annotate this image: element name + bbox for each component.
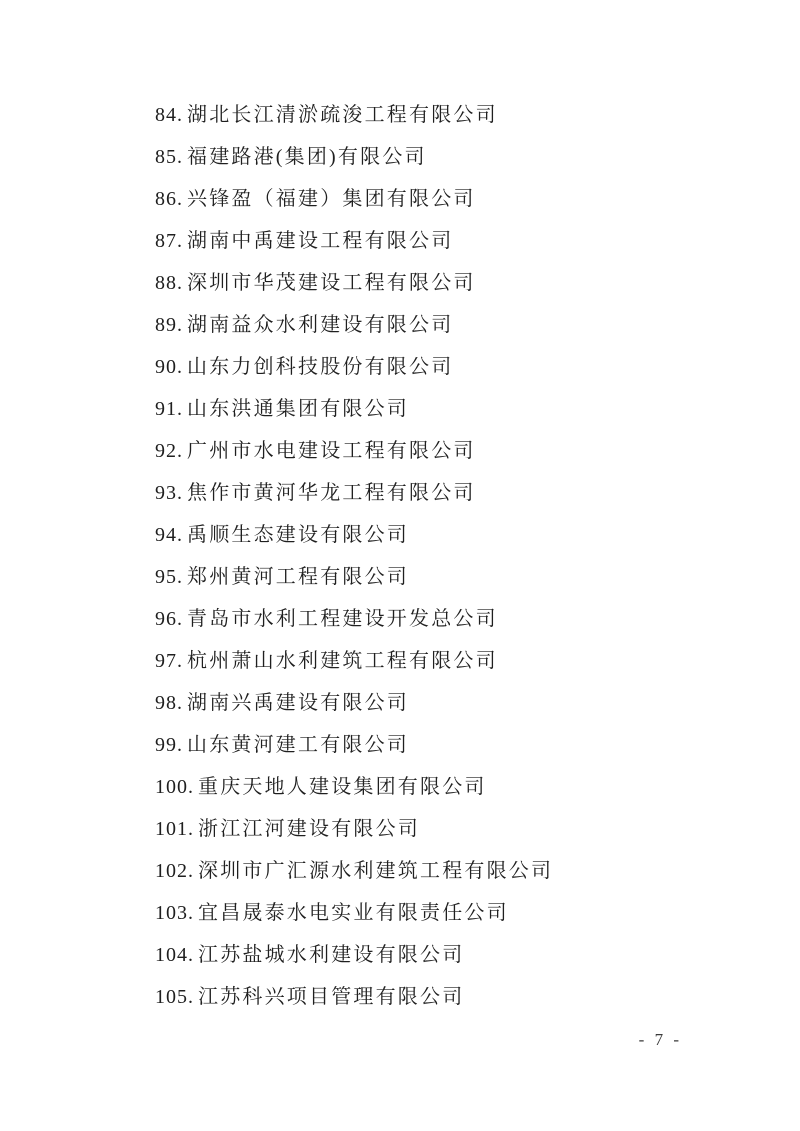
item-name: 湖南益众水利建设有限公司 — [187, 314, 453, 336]
list-item: 85.福建路港(集团)有限公司 — [155, 147, 715, 167]
list-item: 98.湖南兴禹建设有限公司 — [155, 693, 715, 713]
item-number: 105. — [155, 986, 194, 1008]
item-name: 山东力创科技股份有限公司 — [187, 356, 453, 378]
item-number: 92. — [155, 440, 183, 462]
item-name: 湖南中禹建设工程有限公司 — [187, 230, 453, 252]
item-number: 84. — [155, 104, 183, 126]
item-number: 95. — [155, 566, 183, 588]
item-name: 深圳市广汇源水利建筑工程有限公司 — [198, 860, 553, 882]
list-item: 97.杭州萧山水利建筑工程有限公司 — [155, 651, 715, 671]
item-name: 青岛市水利工程建设开发总公司 — [187, 608, 498, 630]
item-name: 江苏盐城水利建设有限公司 — [198, 944, 464, 966]
list-item: 100.重庆天地人建设集团有限公司 — [155, 777, 715, 797]
item-number: 100. — [155, 776, 194, 798]
item-name: 郑州黄河工程有限公司 — [187, 566, 409, 588]
list-item: 92.广州市水电建设工程有限公司 — [155, 441, 715, 461]
item-number: 99. — [155, 734, 183, 756]
list-item: 95.郑州黄河工程有限公司 — [155, 567, 715, 587]
list-item: 90.山东力创科技股份有限公司 — [155, 357, 715, 377]
item-number: 85. — [155, 146, 183, 168]
item-name: 山东黄河建工有限公司 — [187, 734, 409, 756]
list-item: 105.江苏科兴项目管理有限公司 — [155, 987, 715, 1007]
item-name: 山东洪通集团有限公司 — [187, 398, 409, 420]
item-name: 浙江江河建设有限公司 — [198, 818, 420, 840]
item-number: 87. — [155, 230, 183, 252]
item-number: 86. — [155, 188, 183, 210]
item-number: 90. — [155, 356, 183, 378]
list-item: 89.湖南益众水利建设有限公司 — [155, 315, 715, 335]
item-name: 福建路港(集团)有限公司 — [187, 146, 427, 168]
list-item: 96.青岛市水利工程建设开发总公司 — [155, 609, 715, 629]
item-name: 兴锋盈（福建）集团有限公司 — [187, 188, 476, 210]
item-name: 焦作市黄河华龙工程有限公司 — [187, 482, 476, 504]
item-number: 91. — [155, 398, 183, 420]
list-item: 87.湖南中禹建设工程有限公司 — [155, 231, 715, 251]
list-item: 91.山东洪通集团有限公司 — [155, 399, 715, 419]
item-name: 重庆天地人建设集团有限公司 — [198, 776, 487, 798]
item-number: 94. — [155, 524, 183, 546]
item-name: 禹顺生态建设有限公司 — [187, 524, 409, 546]
item-number: 96. — [155, 608, 183, 630]
item-number: 93. — [155, 482, 183, 504]
list-item: 94.禹顺生态建设有限公司 — [155, 525, 715, 545]
item-number: 89. — [155, 314, 183, 336]
page-number: - 7 - — [639, 1030, 682, 1050]
list-item: 93.焦作市黄河华龙工程有限公司 — [155, 483, 715, 503]
item-number: 97. — [155, 650, 183, 672]
company-list: 84.湖北长江清淤疏浚工程有限公司 85.福建路港(集团)有限公司 86.兴锋盈… — [155, 105, 715, 1029]
item-name: 杭州萧山水利建筑工程有限公司 — [187, 650, 498, 672]
list-item: 86.兴锋盈（福建）集团有限公司 — [155, 189, 715, 209]
list-item: 84.湖北长江清淤疏浚工程有限公司 — [155, 105, 715, 125]
item-name: 宜昌晟泰水电实业有限责任公司 — [198, 902, 509, 924]
list-item: 88.深圳市华茂建设工程有限公司 — [155, 273, 715, 293]
item-number: 101. — [155, 818, 194, 840]
item-number: 88. — [155, 272, 183, 294]
list-item: 104.江苏盐城水利建设有限公司 — [155, 945, 715, 965]
item-number: 102. — [155, 860, 194, 882]
item-name: 湖北长江清淤疏浚工程有限公司 — [187, 104, 498, 126]
document-page: 84.湖北长江清淤疏浚工程有限公司 85.福建路港(集团)有限公司 86.兴锋盈… — [0, 0, 800, 1131]
item-number: 103. — [155, 902, 194, 924]
item-number: 98. — [155, 692, 183, 714]
item-name: 广州市水电建设工程有限公司 — [187, 440, 476, 462]
list-item: 99.山东黄河建工有限公司 — [155, 735, 715, 755]
list-item: 103.宜昌晟泰水电实业有限责任公司 — [155, 903, 715, 923]
item-name: 湖南兴禹建设有限公司 — [187, 692, 409, 714]
list-item: 101.浙江江河建设有限公司 — [155, 819, 715, 839]
list-item: 102.深圳市广汇源水利建筑工程有限公司 — [155, 861, 715, 881]
item-name: 江苏科兴项目管理有限公司 — [198, 986, 464, 1008]
item-name: 深圳市华茂建设工程有限公司 — [187, 272, 476, 294]
item-number: 104. — [155, 944, 194, 966]
